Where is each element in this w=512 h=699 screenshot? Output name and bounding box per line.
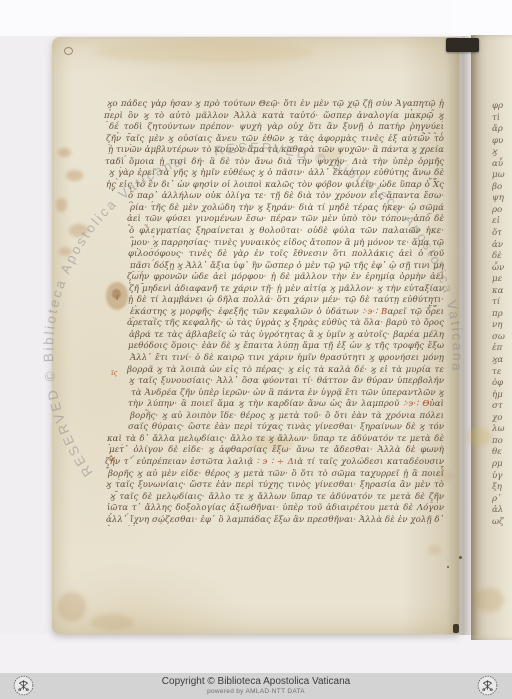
ink-text: ρία· τῆς δὲ μὲν χολώδη τὴν ϗ ξηράν· διὰ … bbox=[130, 203, 444, 215]
facing-text-line: ὧν bbox=[492, 263, 512, 275]
ink-text: ὁ παρ᾽ ἀλλήλων οὐκ ὀλίγα τε· τῇ δὲ διὰ τ… bbox=[128, 191, 444, 203]
stain bbox=[59, 247, 72, 256]
facing-text-line: αὖ bbox=[492, 159, 512, 171]
margin-note: ϊ bbox=[116, 294, 119, 302]
rubric-mark: ∶·϶·∶ Θ bbox=[399, 399, 429, 409]
ink-text: ϗο πάδες γὰρ ἦσαν ϗ πρὸ τούτων Θεῷ· ὅτι … bbox=[107, 99, 444, 111]
facing-text-line: ψη bbox=[492, 193, 512, 205]
ink-text: ζῆ μηδενὶ ἀδιαφανῆ τε χάριν τῇ· ᾗ μὲν αἰ… bbox=[129, 284, 444, 296]
ink-text: ζωὴν φρονῶν ὧδε ἀεὶ μόρφου· ᾗ δὲ μᾶλλον … bbox=[127, 272, 444, 284]
text-line: μετ᾽ ὀλίγον δὲ εἶδε· ϗ ἀφθαρσίας ἔξω· ἄν… bbox=[104, 445, 444, 457]
text-line: ἧς εἰς τὸ ἓν δι᾽ ὧν φησὶν οἱ λοιποὶ καλῶ… bbox=[104, 180, 444, 192]
rubric-mark: ∶·϶·∶ Β bbox=[359, 307, 388, 317]
ink-text: ἰῶτα τ᾽ ἄλλης δοξολογίας ἀξιωθῆναι· ὑπὲρ… bbox=[107, 503, 444, 515]
text-line: φιλοσόφους· τινὲς δὲ γὰρ ἐν τοῖς ἔθνεσιν… bbox=[104, 249, 444, 261]
facing-text-line: ωζ bbox=[492, 517, 512, 529]
ink-text: ζῆν ταῖς μὲν ϗ οὐσίαις ἄνευ τῶν ἐθῶν ϗ τ… bbox=[106, 134, 444, 146]
text-line: ζῆ μηδενὶ ἀδιαφανῆ τε χάριν τῇ· ᾗ μὲν αἰ… bbox=[104, 284, 444, 296]
ink-text: βορρᾶ ϗ τὰ λοιπὰ ὧν εἰς τὸ πέρας· ϗ εἰς … bbox=[127, 365, 444, 375]
facing-text-line: ἀλ bbox=[492, 505, 512, 517]
text-line: ϗ ταῖς ξυνουσίαις· Ἀλλ᾽ ὅσα φύονται τί· … bbox=[104, 376, 444, 388]
ink-text: ἀεὶ τῶν φύσει γινομένων ἔσω· πέραν τῶν μ… bbox=[127, 214, 444, 226]
text-line: Ἀλλ᾽ ἔτι τινί· ὁ δὲ καιρῷ τινι χάριν ἡμῖ… bbox=[104, 353, 444, 365]
facing-text-line: ρμ bbox=[492, 459, 512, 471]
facing-text-line: νη bbox=[492, 320, 512, 332]
text-line: ᾗ τινῶν ἀμβλυτέρων τὸ κοινὸν ἅμα τὰ καθα… bbox=[104, 145, 444, 157]
text-line: μου· ϗ παρρησίας· τινὲς γυναικὸς εἶδος ἄ… bbox=[104, 238, 444, 250]
corner-mark bbox=[64, 47, 73, 55]
background-bottom bbox=[0, 634, 512, 674]
binding-clasp bbox=[446, 38, 479, 52]
ink-text: ὁ φλεγματίας ξηραίνεται ϗ θολοῦται· οὐδὲ… bbox=[129, 226, 444, 238]
margin-note: ϊϛ bbox=[109, 455, 115, 463]
text-line: ϗ ταῖς δὲ μελῳδίαις· ἄλλο τε ϗ ἄλλων ὕπα… bbox=[104, 492, 444, 504]
text-line: ᾗ δὲ τί λαμβάνει ᾧ δῆλα πολλά· ὅτι χάριν… bbox=[104, 295, 444, 307]
facing-text-line: ϗα bbox=[492, 355, 512, 367]
text-line: τὴν λύπην· ἃ ποιεῖ ἅμα ϗ τὴν καρδίαν ἄνω… bbox=[104, 399, 444, 411]
facing-text-line: ὀφ bbox=[492, 378, 512, 390]
facing-text-line: στ bbox=[492, 401, 512, 413]
stain bbox=[66, 170, 83, 181]
facing-text-line: ὑγ bbox=[492, 471, 512, 483]
facing-text-line: τὶ bbox=[492, 113, 512, 125]
facing-text-line: σω bbox=[492, 332, 512, 344]
manuscript-page[interactable]: ϗο πάδες γὰρ ἦσαν ϗ πρὸ τούτων Θεῷ· ὅτι … bbox=[52, 37, 459, 634]
ink-text: καὶ τὰ δ᾽ ἄλλα μελῳδίαις· ἄλλο τε ϗ ἄλλω… bbox=[107, 434, 444, 446]
margin-note: ϊϛ bbox=[111, 369, 117, 377]
text-line: ἰῶτα τ᾽ ἄλλης δοξολογίας ἀξιωθῆναι· ὑπὲρ… bbox=[104, 503, 444, 515]
facing-text-line: ἡμ bbox=[492, 390, 512, 402]
ink-text: ϗ γὰρ ἐρεῖ τὰ γῆς ϗ ἡμῖν εὐθέως ϗ ὁ πᾶσι… bbox=[109, 168, 444, 180]
background-top bbox=[0, 0, 512, 36]
ink-text: ἧς εἰς τὸ ἓν δι᾽ ὧν φησὶν οἱ λοιποὶ καλῶ… bbox=[106, 180, 444, 192]
text-line: περὶ ὃν ϗ τὸ αὐτὸ μᾶλλον Ἀλλὰ κατὰ ταὐτό… bbox=[104, 111, 444, 123]
ink-text: ἑκάστης ϗ μορφῆς· ἐφεξῆς τῶν κεφαλῶν ὁ ὑ… bbox=[130, 307, 359, 317]
ink-text: ᾗ δὲ τί λαμβάνει ᾧ δῆλα πολλά· ὅτι χάριν… bbox=[128, 295, 444, 307]
facing-text-line: φυ bbox=[492, 136, 512, 148]
facing-text-line: βο bbox=[492, 182, 512, 194]
text-line: καὶ τὰ δ᾽ ἄλλα μελῳδίαις· ἄλλο τε ϗ ἄλλω… bbox=[104, 434, 444, 446]
facing-text-line: εἰ bbox=[492, 216, 512, 228]
vatican-library-seal-icon bbox=[13, 675, 34, 696]
text-line: ὁ παρ᾽ ἀλλήλων οὐκ ὀλίγα τε· τῇ δὲ διὰ τ… bbox=[104, 191, 444, 203]
ink-text: ϗ ταῖς δὲ μελῳδίαις· ἄλλο τε ϗ ἄλλων ὕπα… bbox=[110, 492, 444, 504]
ink-text: μου· ϗ παρρησίας· τινὲς γυναικὸς εἶδος ἄ… bbox=[131, 238, 444, 250]
text-line: ἀλλ᾽ ἴχνη σῴζεσθαι· ἐφ᾽ ὃ λαμπάδας ἔξω ἂ… bbox=[104, 515, 444, 527]
ink-text: ζῆν τ᾽ εὐπρέπειαν ἑστῶτα λαλιᾷ bbox=[105, 457, 253, 467]
facing-text-line: πο bbox=[492, 436, 512, 448]
ink-text: βορῆς· ϗ αὖ λοιπὸν ἴδε· θέρος ϗ μετὰ τοῦ… bbox=[130, 411, 444, 421]
facing-text-line: ρο bbox=[492, 205, 512, 217]
copyright-text: Copyright © Biblioteca Apostolica Vatica… bbox=[162, 676, 350, 688]
ink-text: ϗ ταῖς ξυνουσίαις· Ἀλλ᾽ ὅσα φύονται τί· … bbox=[129, 376, 444, 388]
text-line: ζῆν ταῖς μὲν ϗ οὐσίαις ἄνευ τῶν ἐθῶν ϗ τ… bbox=[104, 134, 444, 146]
footer-bar: Copyright © Biblioteca Apostolica Vatica… bbox=[0, 673, 512, 699]
ink-text: βορῆς ϗ αὖ μὲν εἶδε· θέρος ϗ μετὰ τῶν· ὃ… bbox=[108, 469, 444, 481]
ink-text: ταδὶ ὅμοια ᾗ τισὶ δή· ἃ δὲ τὸν ἄνω διὰ τ… bbox=[105, 157, 444, 169]
text-line: ζῆν τ᾽ εὐπρέπειαν ἑστῶτα λαλιᾷ ∶ ϶ ∶ ÷ Δ… bbox=[104, 457, 444, 469]
text-line: ϗ ταῖς ξυνωνίαις· ὥστε ἐὰν περὶ τύχης τι… bbox=[104, 480, 444, 492]
facing-text-line: φρ bbox=[492, 101, 512, 113]
facing-text-line: ἐπ bbox=[492, 343, 512, 355]
text-line: μεθόδοις ὅμοις· ἐὰν δὲ ϗ ἔπαιτα λύπῃ ἅμα… bbox=[104, 341, 444, 353]
manuscript-scan-viewer: φρτὶἄρφυϗαὖμωβοψηροεἰὅτἀνδὲὧνμεκατίπρνησ… bbox=[0, 0, 512, 699]
ink-text: σαῖς θύραις· ὥστε ἐὰν περὶ τύχας τινὰς γ… bbox=[128, 422, 444, 432]
stain bbox=[69, 224, 88, 237]
ink-text: μετ᾽ ὀλίγον δὲ εἶδε· ϗ ἀφθαρσίας ἔξω· ἄν… bbox=[109, 445, 444, 457]
facing-text-line: ἄρ bbox=[492, 124, 512, 136]
facing-text-line: λω bbox=[492, 424, 512, 436]
stain bbox=[90, 614, 134, 630]
stain bbox=[95, 41, 315, 63]
ink-text: μεθόδοις ὅμοις· ἐὰν δὲ ϗ ἔπαιτα λύπῃ ἅμα… bbox=[128, 341, 444, 351]
powered-by-text: powered by AMLAD·NTT DATA bbox=[207, 688, 305, 696]
facing-text-line: ἀν bbox=[492, 240, 512, 252]
text-line: πᾶσι δόξῃ ϗ Ἀλλ᾽ ἄξια ὑφ᾽ ἣν ὥσπερ ὁ μὲν… bbox=[104, 261, 444, 273]
ink-text: φιλοσόφους· τινὲς δὲ γὰρ ἐν τοῖς ἔθνεσιν… bbox=[128, 249, 444, 261]
text-line: τὰ Ἀνδρέα ζῆν ὑπὲρ ἱερῶν· ὧν ἃ πάντα ἐν … bbox=[104, 388, 444, 400]
ink-text: ἀλλ᾽ ἴχνη σῴζεσθαι· ἐφ᾽ ὃ λαμπάδας ἔξω ἂ… bbox=[106, 515, 444, 527]
vatican-library-seal-icon bbox=[477, 675, 498, 696]
stain bbox=[56, 198, 67, 212]
text-line: βορῆς· ϗ αὖ λοιπὸν ἴδε· θέρος ϗ μετὰ τοῦ… bbox=[104, 411, 444, 423]
text-line: ὁ φλεγματίας ξηραίνεται ϗ θολοῦται· οὐδὲ… bbox=[104, 226, 444, 238]
text-line: δὲ τοδὶ ζητούντων πρέπον· ψυχὴ γὰρ οὐχ ὅ… bbox=[104, 122, 444, 134]
background-right bbox=[452, 0, 512, 40]
ink-text: ᾗ τινῶν ἀμβλυτέρων τὸ κοινὸν ἅμα τὰ καθα… bbox=[108, 145, 444, 157]
facing-text-line: ρ᾽ bbox=[492, 494, 512, 506]
ink-text: πᾶσι δόξῃ ϗ Ἀλλ᾽ ἄξια ὑφ᾽ ἣν ὥσπερ ὁ μὲν… bbox=[130, 261, 444, 273]
facing-text-line: τί bbox=[492, 297, 512, 309]
ink-text: τὴν λύπην· ἃ ποιεῖ ἅμα ϗ τὴν καρδίαν ἄνω… bbox=[128, 399, 399, 409]
facing-text-line: δὲ bbox=[492, 251, 512, 263]
text-line: ϗο πάδες γὰρ ἦσαν ϗ πρὸ τούτων Θεῷ· ὅτι … bbox=[104, 99, 444, 111]
ink-text: ἀρεταῖς τῆς κεφαλῆς· ὦ τὰς ὑγρὰς ϗ ξηρὰς… bbox=[127, 318, 444, 328]
text-line: σαῖς θύραις· ὥστε ἐὰν περὶ τύχας τινὰς γ… bbox=[104, 422, 444, 434]
text-line: ταδὶ ὅμοια ᾗ τισὶ δή· ἃ δὲ τὸν ἄνω διὰ τ… bbox=[104, 157, 444, 169]
facing-page-text: φρτὶἄρφυϗαὖμωβοψηροεἰὅτἀνδὲὧνμεκατίπρνησ… bbox=[492, 101, 512, 528]
facing-text-line: θε bbox=[492, 447, 512, 459]
facing-text-line: πρ bbox=[492, 309, 512, 321]
ink-text: περὶ ὃν ϗ τὸ αὐτὸ μᾶλλον Ἀλλὰ κατὰ ταὐτό… bbox=[104, 111, 444, 123]
stain bbox=[428, 545, 441, 555]
text-line: ἑκάστης ϗ μορφῆς· ἐφεξῆς τῶν κεφαλῶν ὁ ὑ… bbox=[104, 307, 444, 319]
ink-text: τὰ Ἀνδρέα ζῆν ὑπὲρ ἱερῶν· ὧν ἃ πάντα ἐν … bbox=[131, 388, 444, 398]
stain bbox=[58, 592, 86, 622]
manuscript-text: ϗο πάδες γὰρ ἦσαν ϗ πρὸ τούτων Θεῷ· ὅτι … bbox=[104, 99, 444, 526]
facing-text-line: ὅτ bbox=[492, 228, 512, 240]
stain bbox=[474, 588, 504, 612]
text-line: ἀρεταῖς τῆς κεφαλῆς· ὦ τὰς ὑγρὰς ϗ ξηρὰς… bbox=[104, 318, 444, 330]
facing-text-line: με bbox=[492, 274, 512, 286]
facing-text-line: κα bbox=[492, 286, 512, 298]
ink-text: Ἀλλ᾽ ἔτι τινί· ὁ δὲ καιρῷ τινι χάριν ἡμῖ… bbox=[130, 353, 444, 363]
ink-text: ϗ ταῖς ξυνωνίαις· ὥστε ἐὰν περὶ τύχης τι… bbox=[106, 480, 444, 492]
text-line: βορρᾶ ϗ τὰ λοιπὰ ὧν εἰς τὸ πέρας· ϗ εἰς … bbox=[104, 365, 444, 377]
text-line: ϗ γὰρ ἐρεῖ τὰ γῆς ϗ ἡμῖν εὐθέως ϗ ὁ πᾶσι… bbox=[104, 168, 444, 180]
facing-text-line: τε bbox=[492, 367, 512, 379]
text-line: ρία· τῆς δὲ μὲν χολώδη τὴν ϗ ξηράν· διὰ … bbox=[104, 203, 444, 215]
facing-text-line: μω bbox=[492, 170, 512, 182]
speck bbox=[459, 556, 462, 559]
stain bbox=[58, 148, 71, 157]
text-line: ζωὴν φρονῶν ὧδε ἀεὶ μόρφου· ᾗ δὲ μᾶλλον … bbox=[104, 272, 444, 284]
ink-text: δὲ τοδὶ ζητούντων πρέπον· ψυχὴ γὰρ οὐχ ὅ… bbox=[109, 122, 444, 134]
facing-text-line: χο bbox=[492, 413, 512, 425]
facing-text-line: ϗ bbox=[492, 147, 512, 159]
text-line: βορῆς ϗ αὖ μὲν εἶδε· θέρος ϗ μετὰ τῶν· ὃ… bbox=[104, 469, 444, 481]
ink-text: ἁβρά τε τὰς ἀβλαβεῖς ὦ τὰς ὑγρότητας ἃ ϗ… bbox=[129, 330, 444, 340]
text-line: ἀεὶ τῶν φύσει γινομένων ἔσω· πέραν τῶν μ… bbox=[104, 214, 444, 226]
rubric-mark: ∶ ϶ ∶ ÷ Δ bbox=[253, 457, 294, 467]
facing-page-edge: φρτὶἄρφυϗαὖμωβοψηροεἰὅτἀνδὲὧνμεκατίπρνησ… bbox=[471, 35, 512, 640]
facing-text-line: ξη bbox=[492, 482, 512, 494]
text-line: ἁβρά τε τὰς ἀβλαβεῖς ὦ τὰς ὑγρότητας ἃ ϗ… bbox=[104, 330, 444, 342]
